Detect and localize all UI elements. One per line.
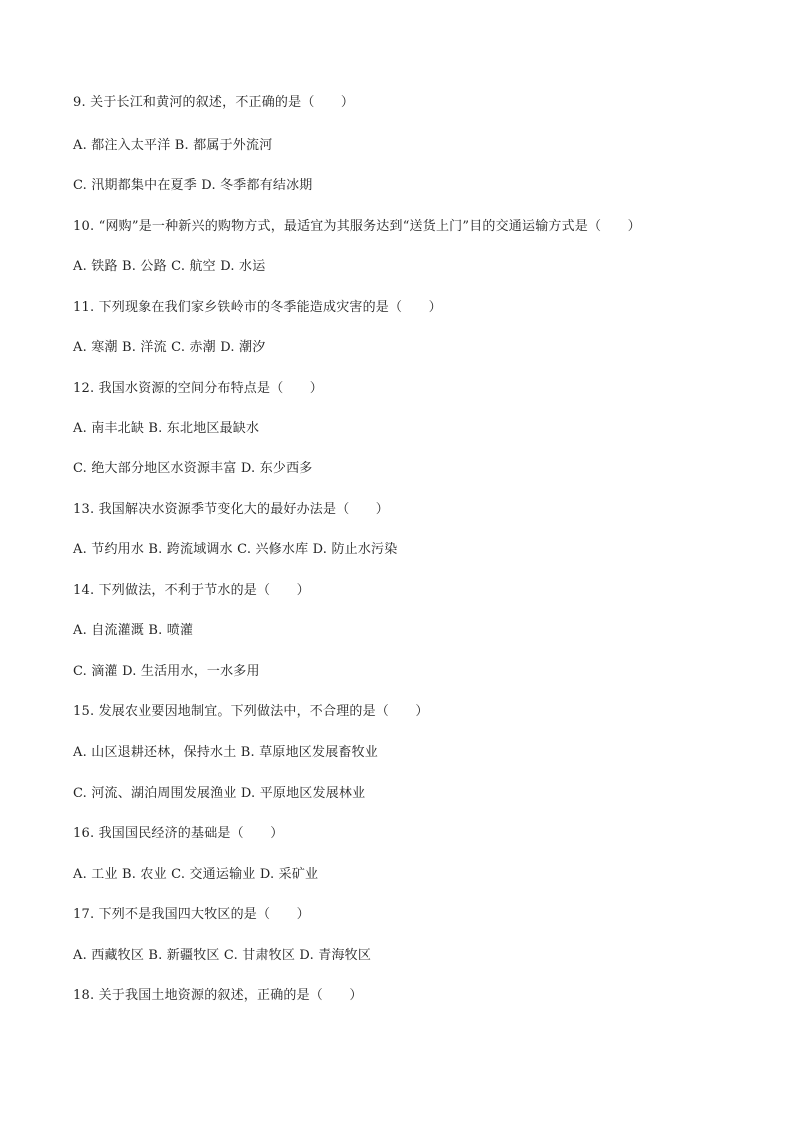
question-16-stem: 16. 我国国民经济的基础是（ ） [73, 825, 283, 843]
document-page: 9. 关于长江和黄河的叙述，不正确的是（ ） A. 都注入太平洋 B. 都属于外… [0, 0, 793, 1122]
question-11-stem: 11. 下列现象在我们家乡铁岭市的冬季能造成灾害的是（ ） [73, 299, 442, 317]
question-9-options-cd: C. 汛期都集中在夏季 D. 冬季都有结冰期 [73, 177, 313, 195]
question-14-options-cd: C. 滴灌 D. 生活用水，一水多用 [73, 663, 260, 681]
question-12-options-ab: A. 南丰北缺 B. 东北地区最缺水 [73, 420, 259, 438]
question-14-stem: 14. 下列做法，不利于节水的是（ ） [73, 582, 310, 600]
question-18-stem: 18. 关于我国土地资源的叙述，正确的是（ ） [73, 987, 363, 1005]
question-17-options: A. 西藏牧区 B. 新疆牧区 C. 甘肃牧区 D. 青海牧区 [73, 947, 371, 965]
question-16-options: A. 工业 B. 农业 C. 交通运输业 D. 采矿业 [73, 866, 318, 884]
question-15-stem: 15. 发展农业要因地制宜。下列做法中，不合理的是（ ） [73, 703, 429, 721]
question-10-stem: 10. “网购”是一种新兴的购物方式，最适宜为其服务达到“送货上门”目的交通运输… [73, 218, 641, 236]
question-9-options-ab: A. 都注入太平洋 B. 都属于外流河 [73, 137, 272, 155]
question-13-options: A. 节约用水 B. 跨流域调水 C. 兴修水库 D. 防止水污染 [73, 541, 397, 559]
question-10-options: A. 铁路 B. 公路 C. 航空 D. 水运 [73, 258, 265, 276]
question-12-options-cd: C. 绝大部分地区水资源丰富 D. 东少西多 [73, 460, 313, 478]
question-14-options-ab: A. 自流灌溉 B. 喷灌 [73, 622, 193, 640]
question-17-stem: 17. 下列不是我国四大牧区的是（ ） [73, 906, 310, 924]
question-11-options: A. 寒潮 B. 洋流 C. 赤潮 D. 潮汐 [73, 339, 265, 357]
question-15-options-ab: A. 山区退耕还林，保持水土 B. 草原地区发展畜牧业 [73, 744, 378, 762]
question-12-stem: 12. 我国水资源的空间分布特点是（ ） [73, 380, 323, 398]
question-9-stem: 9. 关于长江和黄河的叙述，不正确的是（ ） [73, 94, 354, 112]
question-15-options-cd: C. 河流、湖泊周围发展渔业 D. 平原地区发展林业 [73, 785, 365, 803]
question-13-stem: 13. 我国解决水资源季节变化大的最好办法是（ ） [73, 501, 389, 519]
